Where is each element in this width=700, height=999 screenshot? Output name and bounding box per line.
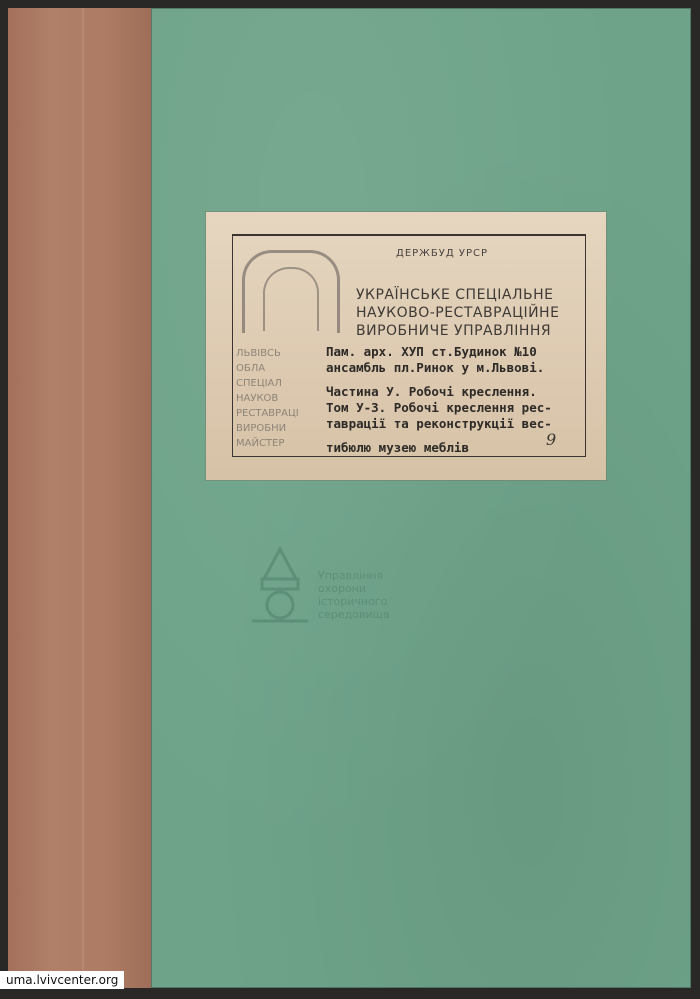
label-typed-description: Пам. арх. ХУП ст.Будинок №10 ансамбль пл… — [326, 344, 552, 456]
watermark-text: Управління охорони історичного середовищ… — [318, 569, 390, 621]
cover-label: ДЕРЖБУД УРСР УКРАЇНСЬКЕ СПЕЦІАЛЬНЕ НАУКО… — [206, 212, 606, 480]
cover-board — [151, 8, 691, 988]
volume-number: 9 — [546, 430, 556, 449]
source-url: uma.lvivcenter.org — [0, 971, 124, 989]
spine-crease — [82, 8, 84, 988]
label-title: УКРАЇНСЬКЕ СПЕЦІАЛЬНЕ НАУКОВО-РЕСТАВРАЦІ… — [356, 286, 559, 340]
arch-emblem-icon — [242, 250, 340, 333]
folder-spine — [8, 8, 151, 988]
label-organization: ДЕРЖБУД УРСР — [396, 248, 488, 259]
archive-watermark: Управління охорони історичного середовищ… — [250, 545, 430, 630]
label-faded-stamp: ЛЬВІВСЬ ОБЛА СПЕЦІАЛ НАУКОВ РЕСТАВРАЦІ В… — [236, 346, 299, 451]
tower-logo-icon — [250, 545, 310, 625]
